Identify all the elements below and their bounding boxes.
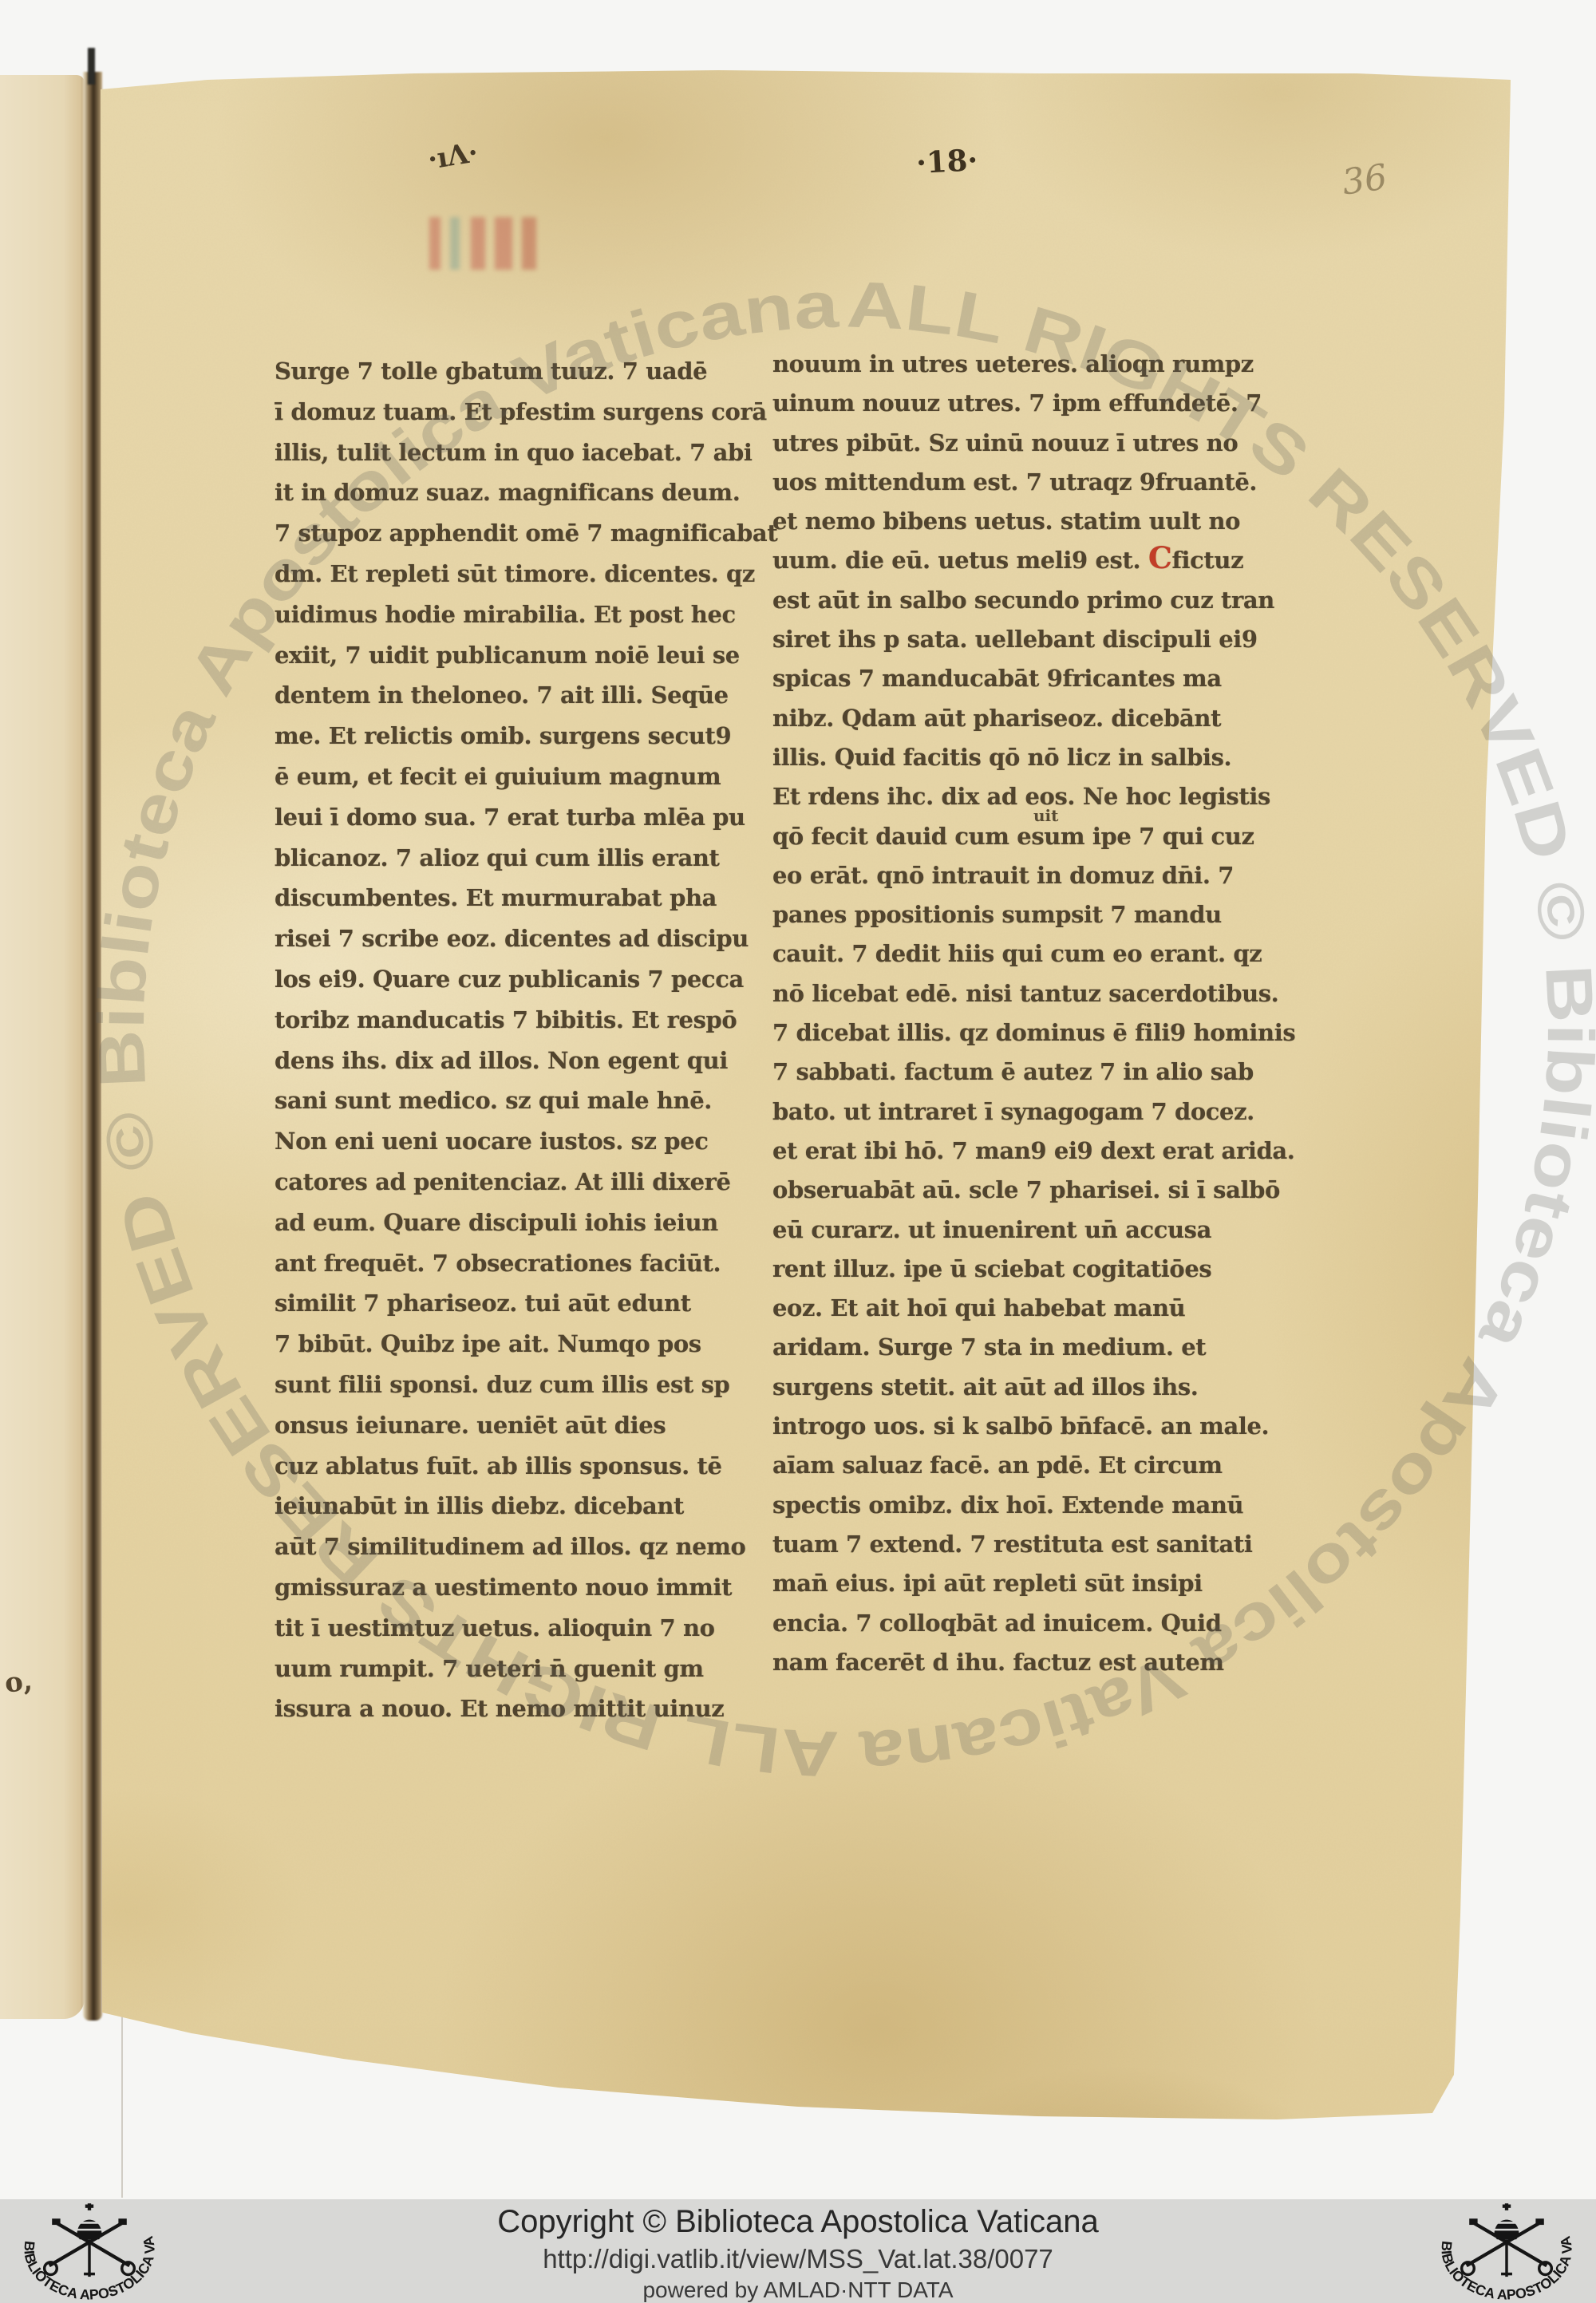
manuscript-line: uidimus hodie mirabilia. Et post hec [275, 595, 764, 635]
manuscript-line: spicas 7 manducabāt 9fricantes ma [772, 659, 1293, 698]
manuscript-line: similit 7 phariseoz. tui aūt edunt [275, 1283, 764, 1324]
manuscript-line: eo erāt. qnō intrauit in domuz dn̄i. 7 [772, 856, 1293, 895]
folio-number-pencil: 36 [1340, 156, 1390, 203]
manuscript-line: onsus ieiunare. ueniēt aūt dies [275, 1405, 764, 1446]
manuscript-line: 7 bibūt. Quibz ipe ait. Numqo pos [275, 1324, 764, 1365]
manuscript-line: tuam 7 extend. 7 restituta est sanitati [772, 1525, 1293, 1564]
manuscript-line: utres pibūt. Sz uinū nouuz ī utres no [772, 424, 1293, 463]
manuscript-line: dm. Et repleti sūt timore. dicentes. qz [275, 554, 764, 595]
manuscript-line: discumbentes. Et murmurabat pha [275, 878, 764, 918]
manuscript-line: catores ad penitenciaz. At illi dixerē [275, 1162, 764, 1203]
previous-folio-edge [0, 75, 85, 2019]
manuscript-line: panes ppositionis sumpsit 7 mandu [772, 895, 1293, 934]
manuscript-line: nam facerēt d ihu. factuz est autem [772, 1643, 1293, 1682]
svg-text:BIBLIOTECA APOSTOLICA VATICANA: BIBLIOTECA APOSTOLICA VATICANA [11, 2199, 157, 2303]
manuscript-line: rent illuz. ipe ū sciebat cogitatiōes [772, 1250, 1293, 1289]
manuscript-line: 7 dicebat illis. qz dominus ē fili9 homi… [772, 1013, 1293, 1053]
manuscript-right-column: nouum in utres ueteres. alioqn rumpzuinu… [772, 345, 1293, 1682]
binding-gutter-top-notch [88, 48, 95, 85]
manuscript-line: 7 stupoz apphendit omē 7 magnificabat [275, 513, 764, 554]
manuscript-line: bato. ut intraret ī synagogam 7 docez. [772, 1092, 1293, 1132]
manuscript-line: ī domuz tuam. Et pfestim surgens corā [275, 392, 764, 433]
manuscript-line: me. Et relictis omib. surgens secut9 [275, 716, 764, 756]
manuscript-line: sunt filii sponsi. duz cum illis est sp [275, 1365, 764, 1405]
manuscript-line: illis. Quid facitis qō nō licz in salb… [772, 738, 1293, 777]
manuscript-line: Et rdens ihc. dix ad eos. Ne hoc legisti… [772, 777, 1293, 816]
previous-folio-text-fragment: o, [3, 1665, 34, 1699]
manuscript-line: uum rumpit. 7 ueteri n̄ guenit gm [275, 1649, 764, 1689]
manuscript-line: aridam. Surge 7 sta in medium. et [772, 1328, 1293, 1367]
manuscript-line: it in domuz suaz. magnificans deum. [275, 472, 764, 513]
manuscript-line: uum. die eū. uetus meli9 est. Cfictuz [772, 541, 1293, 580]
manuscript-line: uinum nouuz utres. 7 ipm effundetē. 7 [772, 384, 1293, 423]
manuscript-line: spectis omibz. dix hoī. Extende manū [772, 1486, 1293, 1525]
manuscript-line: blicanoz. 7 alioz qui cum illis erant [275, 838, 764, 879]
folio-number-ink: ·18· [915, 142, 978, 180]
manuscript-line: ant frequēt. 7 obsecrationes faciūt. [275, 1243, 764, 1284]
vatican-library-seal-right: BIBLIOTECA APOSTOLICA VATICANA [1428, 2199, 1585, 2303]
rubric-initial: C [1148, 540, 1172, 575]
manuscript-line: dens ihs. dix ad illos. Non egent qui [275, 1041, 764, 1081]
manuscript-line: gmissuraz a uestimento nouo immit [275, 1567, 764, 1608]
footer-url[interactable]: http://digi.vatlib.it/view/MSS_Vat.lat.3… [0, 2244, 1596, 2274]
interlinear-gloss: uit [1033, 806, 1058, 825]
binding-thread [121, 1993, 123, 2198]
manuscript-line: surgens stetit. ait aūt ad illos ihs. [772, 1368, 1293, 1407]
manuscript-line: risei 7 scribe eoz. dicentes ad discipu [275, 918, 764, 959]
manuscript-line: nibz. Qdam aūt phariseoz. dicebānt [772, 699, 1293, 738]
manuscript-line: illis, tulit lectum in quo iacebat. 7 ab… [275, 433, 764, 473]
manuscript-line: Surge 7 tolle gbatum tuuz. 7 uadē [275, 351, 764, 392]
manuscript-line: ieiunabūt in illis diebz. dicebant [275, 1486, 764, 1527]
manuscript-left-column: Surge 7 tolle gbatum tuuz. 7 uadēī domuz… [275, 351, 764, 1729]
manuscript-line: los ei9. Quare cuz publicanis 7 pecca [275, 959, 764, 1000]
manuscript-line: leui ī domo sua. 7 erat turba mlēa pu [275, 797, 764, 838]
manuscript-line: toribz manducatis 7 bibitis. Et respō [275, 1000, 764, 1041]
binding-gutter [83, 72, 102, 2021]
manuscript-line: ē eum, et fecit ei guiuium magnum [275, 756, 764, 797]
manuscript-line: nō licebat edē. nisi tantuz sacerdotib… [772, 974, 1293, 1013]
manuscript-line: issura a nouo. Et nemo mittit uinuz [275, 1689, 764, 1729]
manuscript-line: et nemo bibens uetus. statim uult no [772, 502, 1293, 541]
manuscript-line: Non eni ueni uocare iustos. sz pec [275, 1121, 764, 1162]
manuscript-line: aīam saluaz facē. an pdē. Et circum [772, 1446, 1293, 1485]
manuscript-line: tit ī uestimtuz uetus. alioquin 7 no [275, 1608, 764, 1649]
svg-text:BIBLIOTECA APOSTOLICA VATICANA: BIBLIOTECA APOSTOLICA VATICANA [1428, 2199, 1574, 2303]
manuscript-line: cauit. 7 dedit hiis qui cum eo erant. qz [772, 934, 1293, 974]
parchment-page: ·ıΛ· ·18· 36 Surge 7 tolle gbatum tuuz. … [0, 0, 1596, 2303]
manuscript-line: exiit, 7 uidit publicanum noiē leui se [275, 635, 764, 676]
manuscript-line: qō fecit dauid cum esum ipe 7 qui cuz [772, 817, 1293, 856]
manuscript-line: nouum in utres ueteres. alioqn rumpz [772, 345, 1293, 384]
manuscript-line: est aūt in salbo secundo primo cuz tran [772, 581, 1293, 620]
manuscript-line: obseruabāt aū. scle 7 pharisei. si ī s… [772, 1171, 1293, 1210]
manuscript-line: uos mittendum est. 7 utraqz 9fruantē. [772, 463, 1293, 502]
digitized-manuscript-photo: o, ·ıΛ· ·18· 36 Surge 7 tolle gbatum tuu… [0, 0, 1596, 2303]
manuscript-line: sani sunt medico. sz qui male hnē. [275, 1080, 764, 1121]
manuscript-line: et erat ibi hō. 7 man9 ei9 dext erat ar… [772, 1132, 1293, 1171]
seal-curved-text: BIBLIOTECA APOSTOLICA VATICANA [11, 2199, 157, 2303]
manuscript-line: man̄ eius. ipi aūt repleti sūt insipi [772, 1564, 1293, 1603]
footer-powered-by: powered by AMLAD·NTT DATA [0, 2277, 1596, 2303]
manuscript-line: ad eum. Quare discipuli iohis ieiun [275, 1203, 764, 1243]
manuscript-line: aūt 7 similitudinem ad illos. qz nemo [275, 1527, 764, 1567]
manuscript-line: cuz ablatus fuīt. ab illis sponsus. tē [275, 1446, 764, 1487]
vatican-library-seal-left: BIBLIOTECA APOSTOLICA VATICANA [11, 2199, 168, 2303]
manuscript-line: 7 sabbati. factum ē autez 7 in alio sab [772, 1053, 1293, 1092]
seal-curved-text: BIBLIOTECA APOSTOLICA VATICANA [1428, 2199, 1574, 2303]
rubric-bleedthrough [429, 217, 541, 270]
footer-copyright: Copyright © Biblioteca Apostolica Vatica… [0, 2204, 1596, 2240]
manuscript-line: eū curarz. ut inuenirent un̄ accusa [772, 1211, 1293, 1250]
manuscript-line: encia. 7 colloqbāt ad inuicem. Quid [772, 1604, 1293, 1643]
manuscript-line: siret ihs p sata. uellebant discipuli ei… [772, 620, 1293, 659]
manuscript-line: eoz. Et ait hoī qui habebat manū [772, 1289, 1293, 1328]
manuscript-line: dentem in theloneo. 7 ait illi. Seqūe [275, 675, 764, 716]
manuscript-line: introgo uos. si k salbō bn̄facē. an male… [772, 1407, 1293, 1446]
